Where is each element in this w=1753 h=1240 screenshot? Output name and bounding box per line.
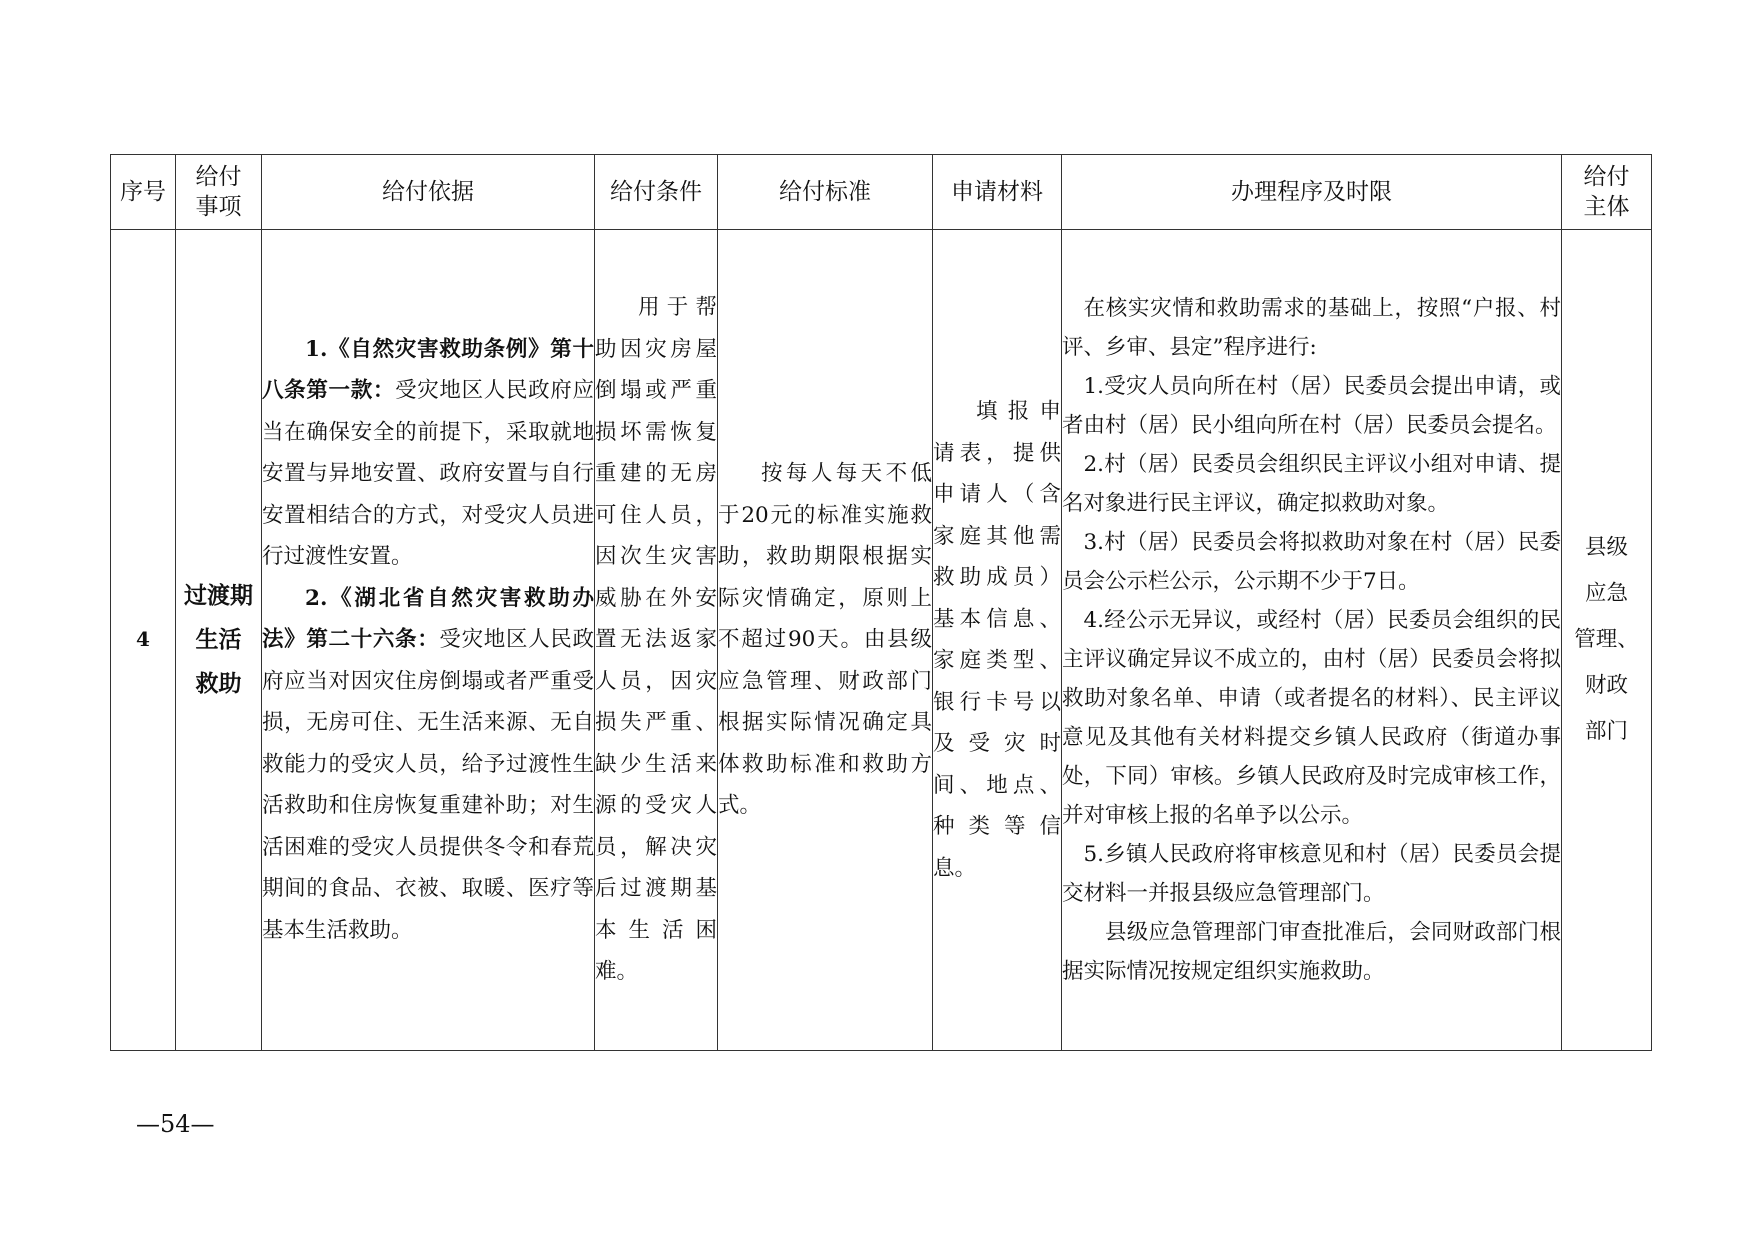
item-line: 过渡期 xyxy=(176,574,261,618)
materials-cell: 填报申请表，提供申请人（含家庭其他需救助成员）基本信息、家庭类型、银行卡号以及受… xyxy=(933,230,1062,1051)
basis-clause-text: 受灾地区人民政府应当对因灾住房倒塌或者严重受损，无房可住、无生活来源、无自救能力… xyxy=(262,627,594,943)
header-subject: 给付 主体 xyxy=(1562,155,1652,230)
header-standard: 给付标准 xyxy=(718,155,933,230)
item-line: 救助 xyxy=(176,662,261,706)
item-cell: 过渡期 生活 救助 xyxy=(176,230,262,1051)
condition-text: 用于帮助因灾房屋倒塌或严重损坏需恢复重建的无房可住人员，因次生灾害威胁在外安置无… xyxy=(595,287,717,993)
subject-line: 财政 xyxy=(1562,663,1651,709)
basis-clause-text: 受灾地区人民政府应当在确保安全的前提下，采取就地安置与异地安置、政府安置与自行安… xyxy=(262,378,594,569)
basis-cell: 1.《自然灾害救助条例》第十八条第一款：受灾地区人民政府应当在确保安全的前提下，… xyxy=(262,230,595,1051)
procedure-step: 1.受灾人员向所在村（居）民委员会提出申请，或者由村（居）民小组向所在村（居）民… xyxy=(1062,367,1561,445)
header-procedure: 办理程序及时限 xyxy=(1062,155,1562,230)
procedure-intro: 在核实灾情和救助需求的基础上，按照“户报、村评、乡审、县定”程序进行: xyxy=(1062,289,1561,367)
subject-line: 应急 xyxy=(1562,571,1651,617)
subject-line: 县级 xyxy=(1562,525,1651,571)
basis-clause-2: 2.《湖北省自然灾害救助办法》第二十六条：受灾地区人民政府应当对因灾住房倒塌或者… xyxy=(262,578,594,952)
document-page: 序号 给付 事项 给付依据 给付条件 给付标准 申请材料 办理程序及时限 给付 … xyxy=(0,0,1753,1240)
procedure-step: 3.村（居）民委员会将拟救助对象在村（居）民委员会公示栏公示，公示期不少于7日。 xyxy=(1062,523,1561,601)
table-header-row: 序号 给付 事项 给付依据 给付条件 给付标准 申请材料 办理程序及时限 给付 … xyxy=(111,155,1652,230)
header-subject-line: 主体 xyxy=(1562,192,1651,222)
header-item-line: 给付 xyxy=(176,162,261,192)
subject-cell: 县级 应急 管理、 财政 部门 xyxy=(1562,230,1652,1051)
header-materials: 申请材料 xyxy=(933,155,1062,230)
header-item: 给付 事项 xyxy=(176,155,262,230)
header-seq: 序号 xyxy=(111,155,176,230)
standard-text: 按每人每天不低于20元的标准实施救助，救助期限根据实际灾情确定，原则上不超过90… xyxy=(718,453,932,827)
subject-line: 管理、 xyxy=(1562,617,1651,663)
page-number: —54— xyxy=(136,1110,215,1138)
relief-payment-table: 序号 给付 事项 给付依据 给付条件 给付标准 申请材料 办理程序及时限 给付 … xyxy=(110,154,1652,1051)
materials-text: 填报申请表，提供申请人（含家庭其他需救助成员）基本信息、家庭类型、银行卡号以及受… xyxy=(933,391,1061,889)
header-condition: 给付条件 xyxy=(595,155,718,230)
header-basis: 给付依据 xyxy=(262,155,595,230)
basis-clause-1: 1.《自然灾害救助条例》第十八条第一款：受灾地区人民政府应当在确保安全的前提下，… xyxy=(262,329,594,578)
standard-cell: 按每人每天不低于20元的标准实施救助，救助期限根据实际灾情确定，原则上不超过90… xyxy=(718,230,933,1051)
header-item-line: 事项 xyxy=(176,192,261,222)
item-line: 生活 xyxy=(176,618,261,662)
condition-cell: 用于帮助因灾房屋倒塌或严重损坏需恢复重建的无房可住人员，因次生灾害威胁在外安置无… xyxy=(595,230,718,1051)
header-subject-line: 给付 xyxy=(1562,162,1651,192)
procedure-step: 5.乡镇人民政府将审核意见和村（居）民委员会提交材料一并报县级应急管理部门。 xyxy=(1062,835,1561,913)
procedure-step: 2.村（居）民委员会组织民主评议小组对申请、提名对象进行民主评议，确定拟救助对象… xyxy=(1062,445,1561,523)
procedure-closing: 县级应急管理部门审查批准后，会同财政部门根据实际情况按规定组织实施救助。 xyxy=(1062,913,1561,991)
procedure-cell: 在核实灾情和救助需求的基础上，按照“户报、村评、乡审、县定”程序进行: 1.受灾… xyxy=(1062,230,1562,1051)
subject-line: 部门 xyxy=(1562,709,1651,755)
procedure-step: 4.经公示无异议，或经村（居）民委员会组织的民主评议确定异议不成立的，由村（居）… xyxy=(1062,601,1561,835)
table-row: 4 过渡期 生活 救助 1.《自然灾害救助条例》第十八条第一款：受灾地区人民政府… xyxy=(111,230,1652,1051)
seq-cell: 4 xyxy=(111,230,176,1051)
